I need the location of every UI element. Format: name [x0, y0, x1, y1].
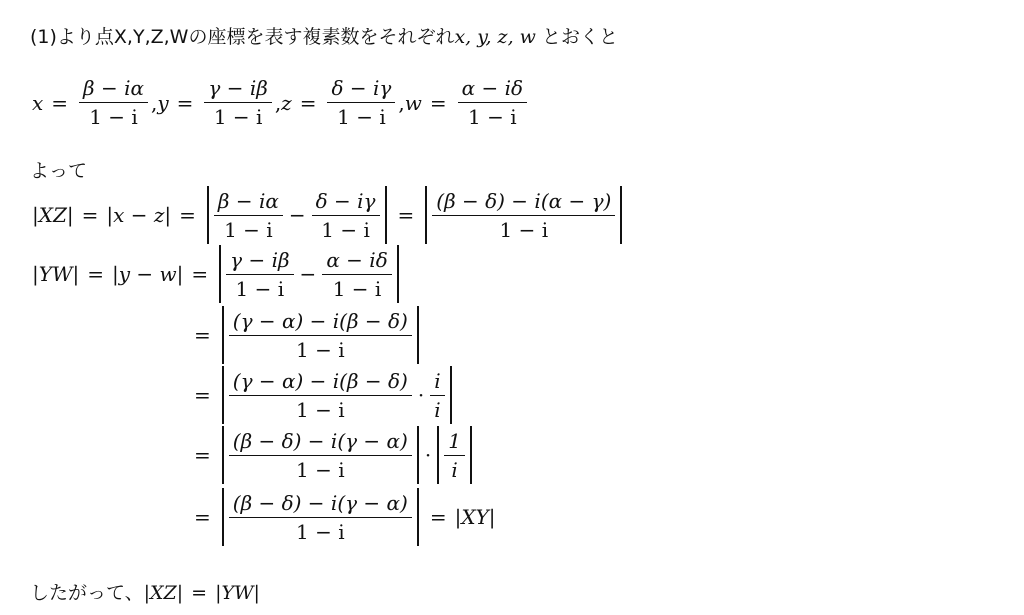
conclusion-prefix: したがって、	[30, 582, 144, 604]
intro-vars: x, y, z, w	[454, 26, 535, 48]
x-minus-z: |x − z|	[106, 203, 171, 227]
yw-abs: |YW|	[32, 262, 79, 286]
step-1: = (γ − α) − i(β − δ)1 − i	[186, 306, 422, 364]
def-z-lhs: z	[281, 91, 292, 115]
yw-line: |YW| = |y − w| = γ − iβ1 − i − α − iδ1 −…	[32, 245, 402, 303]
abs-difference: γ − iβ1 − i − α − iδ1 − i	[219, 245, 399, 303]
xz-line: |XZ| = |x − z| = β − iα1 − i − δ − iγ1 −…	[32, 186, 625, 244]
intro-text: (1)より点X,Y,Z,Wの座標を表す複素数をそれぞれ	[30, 26, 454, 48]
xy-abs: |XY|	[455, 505, 496, 529]
step-3: = (β − δ) − i(γ − α)1 − i · 1i	[186, 426, 475, 484]
y-minus-w: |y − w|	[112, 262, 183, 286]
equals-sign: =	[300, 91, 317, 115]
def-w-fraction: α − iδ1 − i	[458, 76, 527, 129]
intro-suffix: とおくと	[536, 26, 618, 48]
def-x-lhs: x	[32, 91, 43, 115]
def-w-lhs: w	[405, 91, 422, 115]
intro-line: (1)より点X,Y,Z,Wの座標を表す複素数をそれぞれx, y, z, w とお…	[30, 22, 618, 49]
def-x-fraction: β − iα1 − i	[79, 76, 148, 129]
step-4: = (β − δ) − i(γ − α)1 − i = |XY|	[186, 488, 496, 546]
def-y-fraction: γ − iβ1 − i	[204, 76, 271, 129]
conclusion-line: したがって、|XZ|=|YW|	[30, 578, 260, 605]
abs-difference: β − iα1 − i − δ − iγ1 − i	[207, 186, 387, 244]
equals-sign: =	[51, 91, 68, 115]
abs-result: (β − δ) − i(α − γ)1 − i	[425, 186, 622, 244]
equals-sign: =	[177, 91, 194, 115]
definitions-line: x = β − iα1 − i , y = γ − iβ1 − i , z = …	[32, 76, 530, 129]
def-y-lhs: y	[157, 91, 168, 115]
therefore-label: よって	[30, 156, 87, 183]
def-z-fraction: δ − iγ1 − i	[327, 76, 395, 129]
xz-abs: |XZ|	[32, 203, 74, 227]
step-2: = (γ − α) − i(β − δ)1 − i · ii	[186, 366, 455, 424]
equals-sign: =	[430, 91, 447, 115]
